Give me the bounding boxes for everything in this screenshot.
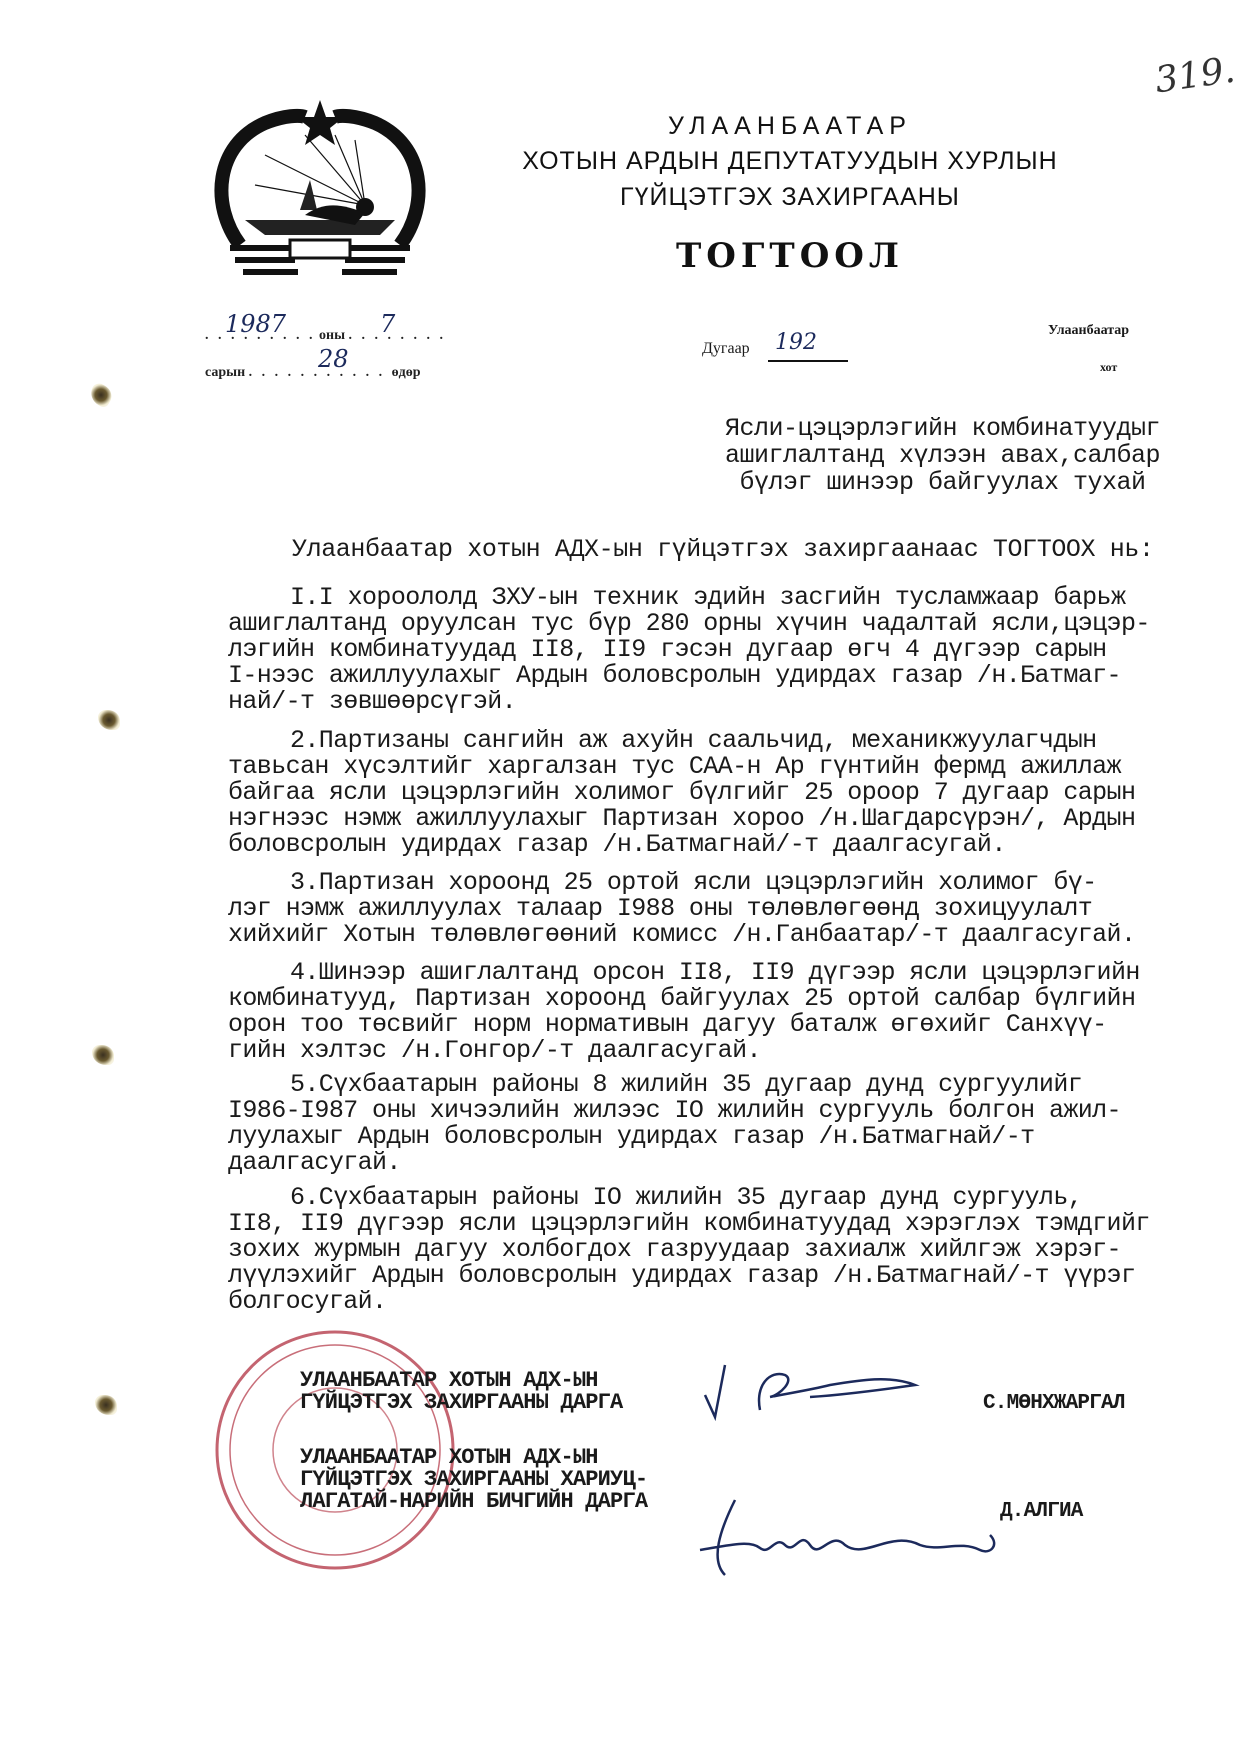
subject-block: Ясли-цэцэрлэгийн комбинатуудыг ашиглалта… xyxy=(690,415,1195,496)
paragraph-5: 5.Сүхбаатарын районы 8 жилийн 35 дугаар … xyxy=(228,1072,1208,1176)
header-council: ХОТЫН АРДЫН ДЕПУТАТУУДЫН ХУРЛЫН xyxy=(450,147,1130,176)
number-handwritten: 192 xyxy=(775,330,817,355)
binding-mark xyxy=(92,1045,114,1065)
paragraph-line: гийн хэлтэс /н.Гонгор/-т даалгасугай. xyxy=(228,1038,1208,1064)
signature-title-line: УЛААНБААТАР ХОТЫН АДХ-ЫН xyxy=(300,1370,622,1392)
paragraph-line: II8, II9 дүгээр ясли цэцэрлэгийн комбина… xyxy=(228,1211,1208,1237)
paragraph-line: тавьсан хүсэлтийг харгалзан тус САА-н Ар… xyxy=(228,754,1208,780)
paragraph-line: 2.Партизаны сангийн аж ахуйн саальчид, м… xyxy=(228,728,1208,754)
signature-title-line: ГҮЙЦЭТГЭХ ЗАХИРГААНЫ ДАРГА xyxy=(300,1392,622,1414)
month-handwritten: 7 xyxy=(380,310,395,338)
paragraph-line: лүүлэхийг Ардын боловсролын удирдах газа… xyxy=(228,1263,1208,1289)
signature-name-chairman: С.МӨНХЖАРГАЛ xyxy=(983,1392,1125,1415)
document-type: ТОГТООЛ xyxy=(450,236,1130,276)
paragraph-line: лэгийн комбинатуудад II8, II9 гэсэн дуга… xyxy=(228,637,1208,663)
state-emblem-icon xyxy=(205,95,435,285)
paragraph-line: болгосугай. xyxy=(228,1289,1208,1315)
paragraph-line: най/-т зөвшөөрсүгэй. xyxy=(228,689,1208,715)
signature-name-secretary: Д.АЛГИА xyxy=(1000,1500,1083,1523)
paragraph-line: нэгнээс нэмж ажиллуулахыг Партизан хороо… xyxy=(228,806,1208,832)
signature-title-line: ЛАГАТАЙ-НАРИЙН БИЧГИЙН ДАРГА xyxy=(300,1491,647,1513)
signature-title-line: УЛААНБААТАР ХОТЫН АДХ-ЫН xyxy=(300,1447,647,1469)
signature-chairman-icon xyxy=(700,1355,940,1425)
archive-number: 319. xyxy=(1153,50,1238,102)
place-city: Улаанбаатар xyxy=(1048,323,1129,339)
signature-title-secretary: УЛААНБААТАР ХОТЫН АДХ-ЫН ГҮЙЦЭТГЭХ ЗАХИР… xyxy=(300,1447,647,1513)
paragraph-line: хийхийг Хотын төлөвлөгөөний комисс /н.Га… xyxy=(228,922,1208,948)
header-administration: ГҮЙЦЭТГЭХ ЗАХИРГААНЫ xyxy=(450,183,1130,212)
binding-mark xyxy=(95,1395,117,1415)
year-suffix: оны xyxy=(319,328,345,343)
binding-mark xyxy=(98,710,120,730)
paragraph-line: I-нээс ажиллуулахыг Ардын боловсролын уд… xyxy=(228,663,1208,689)
paragraph-line: орон тоо төсвийг норм нормативын дагуу б… xyxy=(228,1012,1208,1038)
paragraph-6: 6.Сүхбаатарын районы IO жилийн 35 дугаар… xyxy=(228,1185,1208,1315)
paragraph-line: байгаа ясли цэцэрлэгийн холимог бүлгийг … xyxy=(228,780,1208,806)
subject-line: бүлэг шинээр байгуулах тухай xyxy=(690,469,1195,496)
day-handwritten: 28 xyxy=(318,345,349,373)
year-handwritten: 1987 xyxy=(225,310,286,338)
month-prefix: сарын xyxy=(205,365,245,380)
signature-title-line: ГҮЙЦЭТГЭХ ЗАХИРГААНЫ ХАРИУЦ- xyxy=(300,1469,647,1491)
signature-title-chairman: УЛААНБААТАР ХОТЫН АДХ-ЫН ГҮЙЦЭТГЭХ ЗАХИР… xyxy=(300,1370,622,1414)
paragraph-line: комбинатууд, Партизан хороонд байгуулах … xyxy=(228,986,1208,1012)
paragraph-line: I986-I987 оны хичээлийн жилээс IO жилийн… xyxy=(228,1098,1208,1124)
paragraph-line: 6.Сүхбаатарын районы IO жилийн 35 дугаар… xyxy=(228,1185,1208,1211)
subject-line: ашиглалтанд хүлээн авах,салбар xyxy=(690,442,1195,469)
date-day-line: сарын . . . . . . . . . . . өдөр xyxy=(205,365,421,381)
paragraph-line: боловсролын удирдах газар /н.Батмагнай/-… xyxy=(228,832,1208,858)
header-city: УЛААНБААТАР xyxy=(450,112,1130,141)
paragraph-line: луулахыг Ардын боловсролын удирдах газар… xyxy=(228,1124,1208,1150)
paragraph-line: даалгасугай. xyxy=(228,1150,1208,1176)
paragraph-line: 5.Сүхбаатарын районы 8 жилийн 35 дугаар … xyxy=(228,1072,1208,1098)
number-label: Дугаар xyxy=(702,340,750,358)
paragraph-line: 4.Шинээр ашиглалтанд орсон II8, II9 дүгэ… xyxy=(228,960,1208,986)
number-underline xyxy=(768,360,848,362)
paragraph-4: 4.Шинээр ашиглалтанд орсон II8, II9 дүгэ… xyxy=(228,960,1208,1064)
subject-line: Ясли-цэцэрлэгийн комбинатуудыг xyxy=(690,415,1195,442)
binding-mark xyxy=(86,381,115,409)
paragraph-line: лэг нэмж ажиллуулах талаар I988 оны төлө… xyxy=(228,896,1208,922)
paragraph-3: 3.Партизан хороонд 25 ортой ясли цэцэрлэ… xyxy=(228,870,1208,948)
paragraph-line: I.I хороололд ЗХУ-ын техник эдийн засгий… xyxy=(228,585,1208,611)
paragraph-line: зохих журмын дагуу холбогдох газруудаар … xyxy=(228,1237,1208,1263)
paragraph-line: ашиглалтанд оруулсан тус бүр 280 орны хү… xyxy=(228,611,1208,637)
resolution-intro: Улаанбаатар хотын АДХ-ын гүйцэтгэх захир… xyxy=(292,535,1154,564)
day-suffix: өдөр xyxy=(392,365,421,380)
paragraph-1: I.I хороололд ЗХУ-ын техник эдийн засгий… xyxy=(228,585,1208,715)
paragraph-line: 3.Партизан хороонд 25 ортой ясли цэцэрлэ… xyxy=(228,870,1208,896)
paragraph-2: 2.Партизаны сангийн аж ахуйн саальчид, м… xyxy=(228,728,1208,858)
place-suffix: хот xyxy=(1100,360,1117,375)
